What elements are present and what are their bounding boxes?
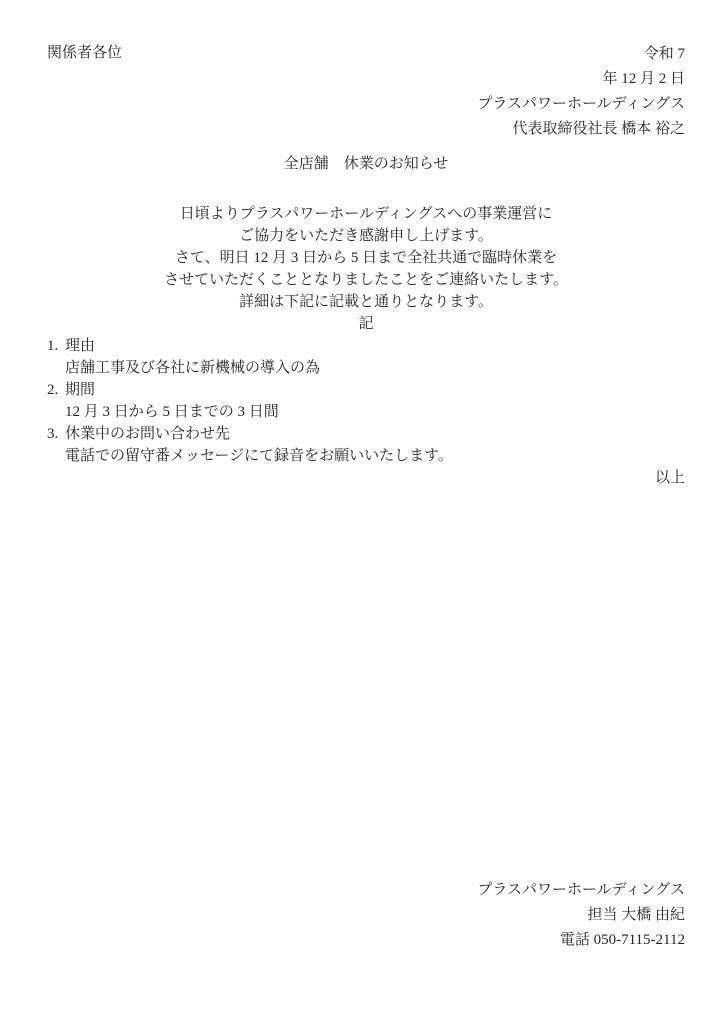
footer-contact-person: 担当 大橋 由紀 [47, 903, 685, 928]
list-item-detail: 12 月 3 日から 5 日までの 3 日間 [47, 401, 685, 423]
list-item-head: 3. 休業中のお問い合わせ先 [47, 423, 685, 445]
body-line: さて、明日 12 月 3 日から 5 日まで全社共通で臨時休業を [47, 247, 685, 269]
sender-signer: 代表取締役社長 橋本 裕之 [477, 117, 685, 142]
closing-marker: 以上 [47, 467, 685, 489]
list-item-detail: 店舗工事及び各社に新機械の導入の為 [47, 357, 685, 379]
list-item-detail: 電話での留守番メッセージにて録音をお願いいたします。 [47, 445, 685, 467]
list-item-label: 期間 [65, 379, 95, 401]
sender-block: 令和 7 年 12 月 2 日 プラスパワーホールディングス 代表取締役社長 橋… [477, 42, 685, 142]
body-paragraph: 日頃よりプラスパワーホールディングスへの事業運営に ご協力をいただき感謝申し上げ… [47, 203, 685, 313]
body-line: させていただくこととなりましたことをご連絡いたします。 [47, 269, 685, 291]
list-item: 1. 理由 店舗工事及び各社に新機械の導入の為 [47, 335, 685, 379]
body-line: ご協力をいただき感謝申し上げます。 [47, 225, 685, 247]
list-item: 2. 期間 12 月 3 日から 5 日までの 3 日間 [47, 379, 685, 423]
sender-company: プラスパワーホールディングス [477, 92, 685, 117]
list-item-number: 2. [47, 379, 65, 401]
list-item-head: 1. 理由 [47, 335, 685, 357]
body-line: 詳細は下記に記載と通りとなります。 [47, 291, 685, 313]
date-line: 年 12 月 2 日 [477, 67, 685, 92]
document-title: 全店舗 休業のお知らせ [47, 153, 685, 176]
body-line: 日頃よりプラスパワーホールディングスへの事業運営に [47, 203, 685, 225]
footer-company: プラスパワーホールディングス [47, 878, 685, 903]
list-item-label: 理由 [65, 335, 95, 357]
list-item-label: 休業中のお問い合わせ先 [65, 423, 230, 445]
document-page: 関係者各位 令和 7 年 12 月 2 日 プラスパワーホールディングス 代表取… [0, 0, 724, 1024]
list-item-number: 3. [47, 423, 65, 445]
date-era-line: 令和 7 [477, 42, 685, 67]
list-item-number: 1. [47, 335, 65, 357]
record-marker: 記 [47, 313, 685, 335]
recipient-line: 関係者各位 [47, 42, 122, 65]
items-list: 1. 理由 店舗工事及び各社に新機械の導入の為 2. 期間 12 月 3 日から… [47, 335, 685, 467]
list-item-head: 2. 期間 [47, 379, 685, 401]
document-header: 関係者各位 令和 7 年 12 月 2 日 プラスパワーホールディングス 代表取… [47, 42, 685, 142]
footer-block: プラスパワーホールディングス 担当 大橋 由紀 電話 050-7115-2112 [47, 878, 685, 953]
footer-phone: 電話 050-7115-2112 [47, 928, 685, 953]
list-item: 3. 休業中のお問い合わせ先 電話での留守番メッセージにて録音をお願いいたします… [47, 423, 685, 467]
